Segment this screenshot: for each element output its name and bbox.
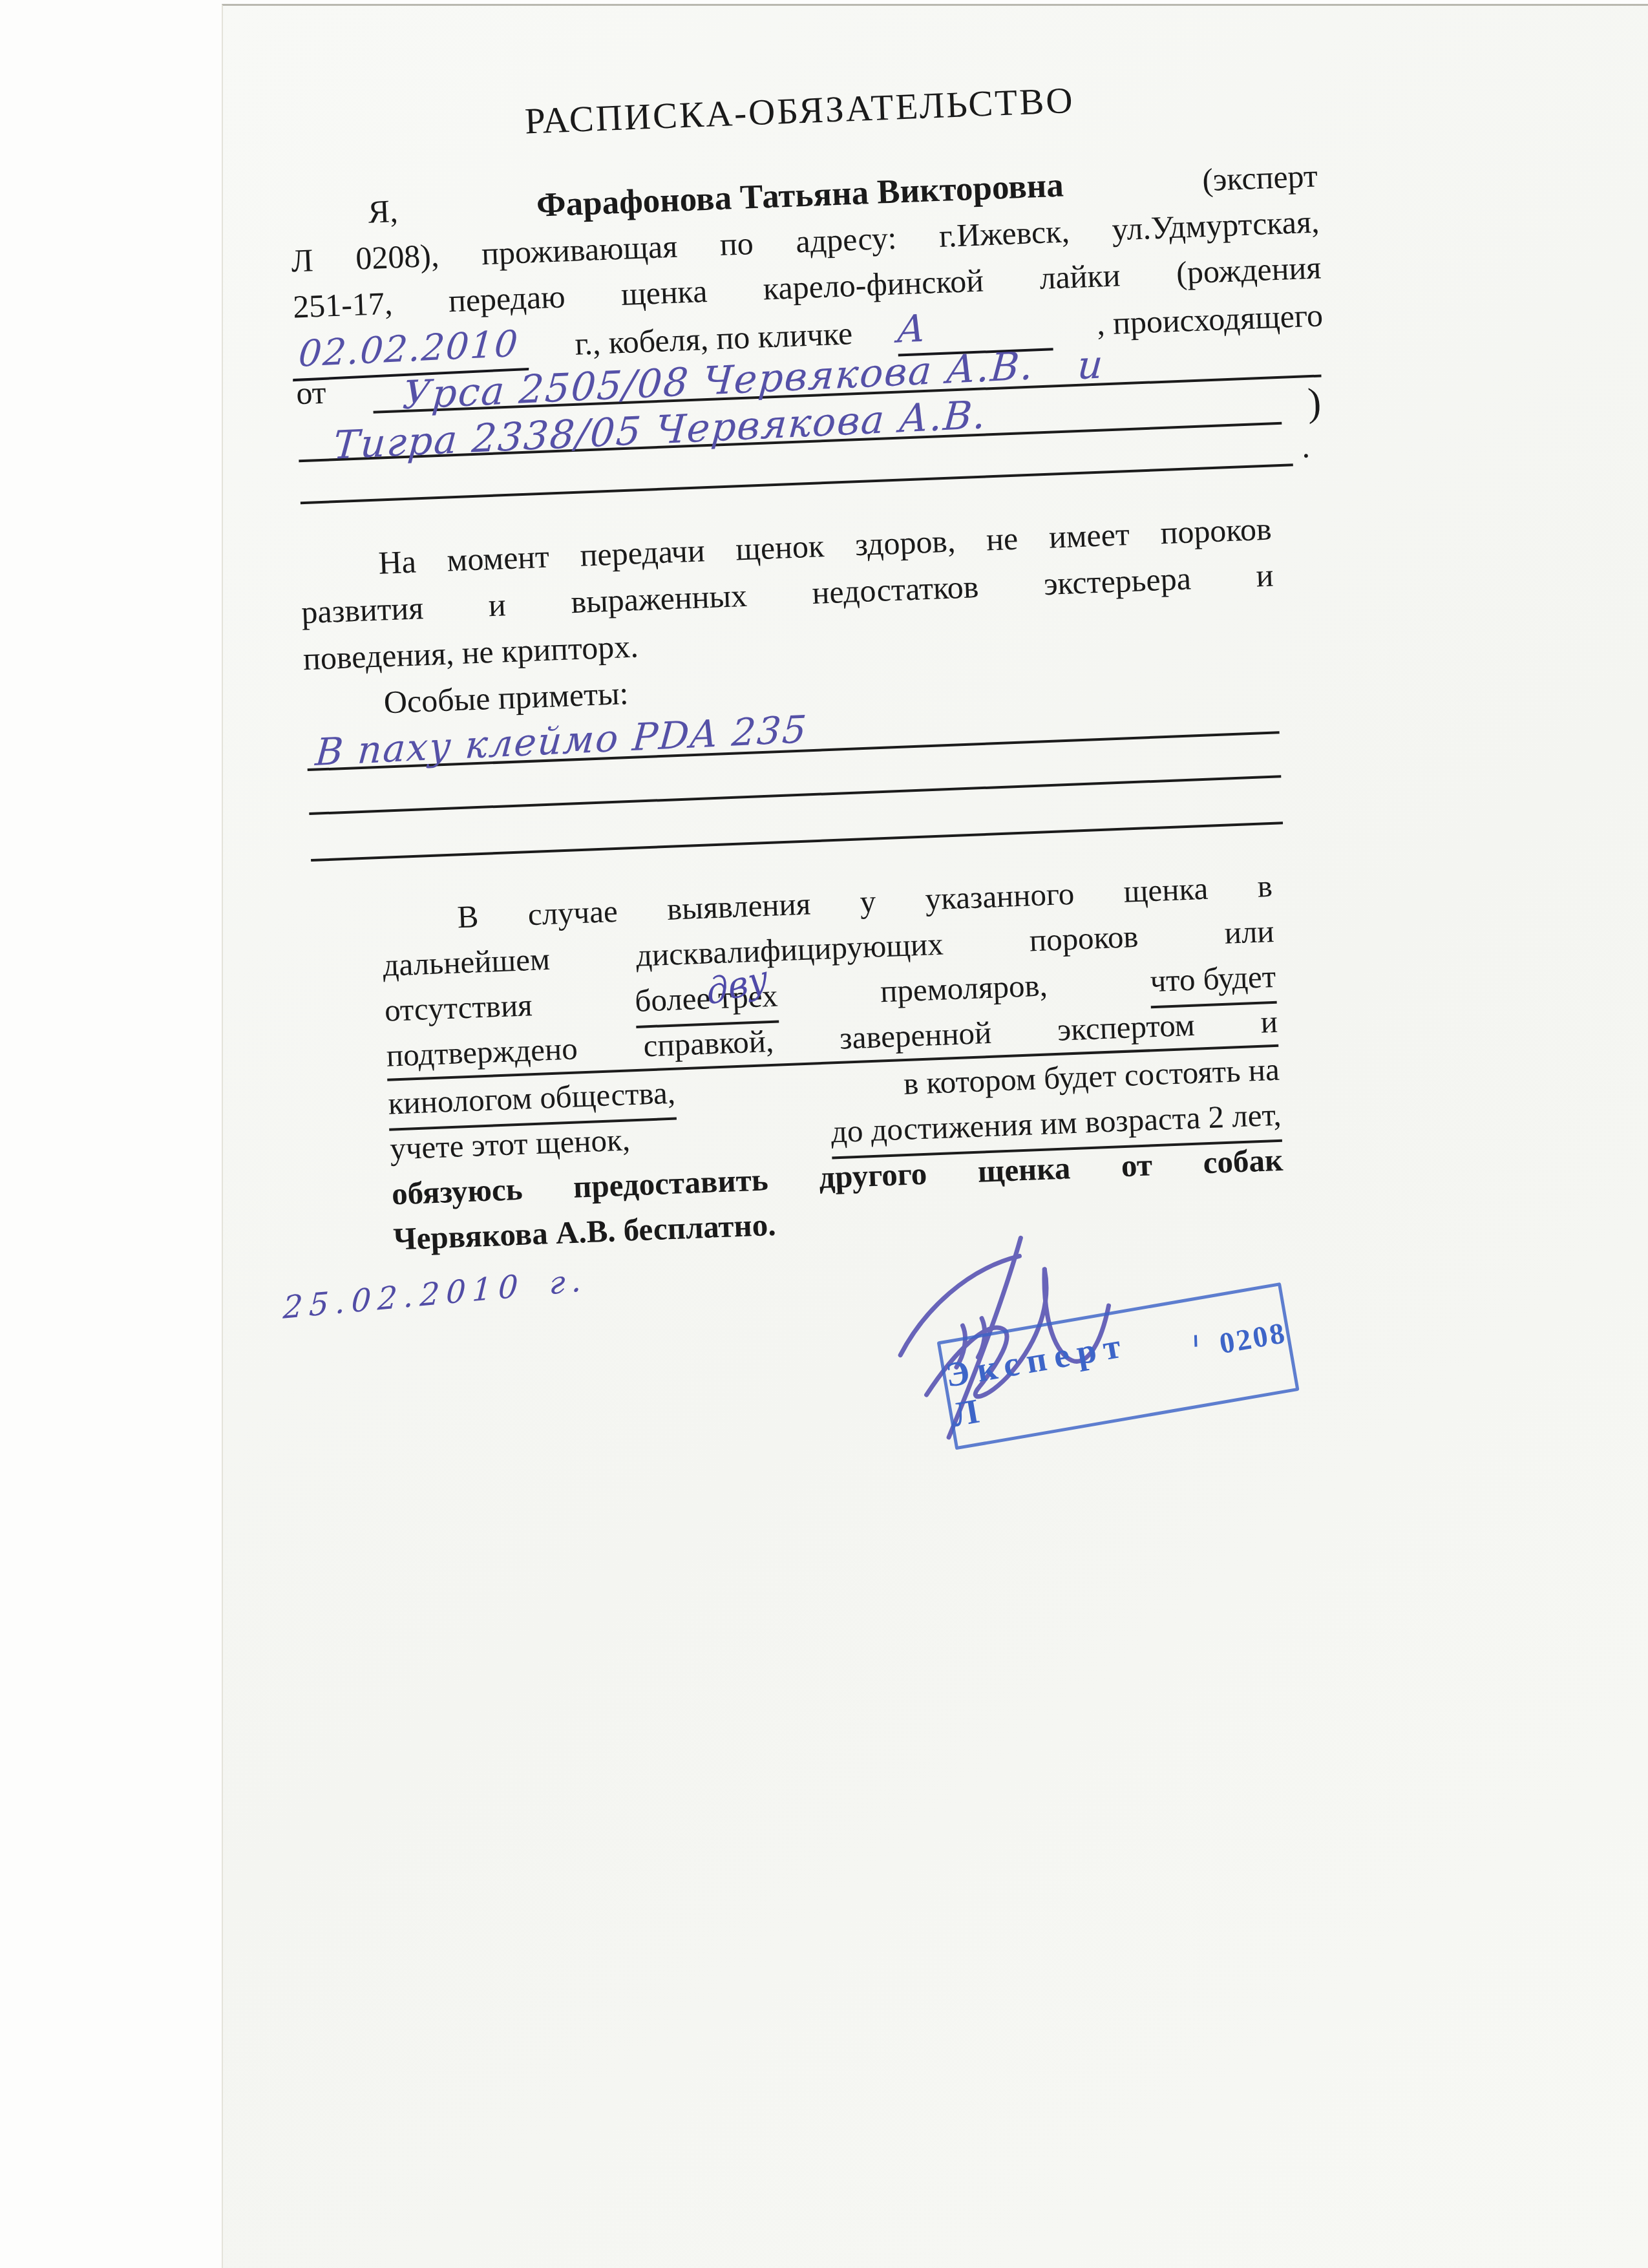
document-content: РАСПИСКА-ОБЯЗАТЕЛЬСТВО Я, Фарафонова Тат…: [278, 0, 1463, 2266]
handwritten-dog-name: А: [895, 306, 928, 353]
paragraph-intro: Я, Фарафонова Татьяна Викторовна (экспер…: [288, 153, 1329, 513]
document-title: РАСПИСКА-ОБЯЗАТЕЛЬСТВО: [286, 70, 1314, 152]
paragraph-health: На момент передачи щенок здоров, не имее…: [299, 505, 1283, 868]
text-run: (эксперт: [1201, 153, 1318, 203]
handwritten-and: и: [1076, 345, 1105, 385]
text-run: премоляров,: [880, 962, 1048, 1014]
closing-paren: ): [1307, 380, 1322, 427]
scanned-page: РАСПИСКА-ОБЯЗАТЕЛЬСТВО Я, Фарафонова Тат…: [0, 0, 1648, 2268]
text-run: Я,: [367, 188, 399, 235]
blank-rule: [301, 463, 1293, 504]
stamp-number: 0208: [1217, 1315, 1289, 1361]
text-run: отсутствия: [384, 982, 533, 1033]
stamp-title: Эксперт Л: [942, 1317, 1181, 1434]
stamp-tick-mark: [1194, 1335, 1197, 1347]
paragraph-obligation: В случае выявления у указанного щенка в …: [380, 864, 1285, 1262]
handwritten-signing-date: 25.02.2010 г.: [282, 1262, 589, 1326]
blank-rule: [311, 821, 1283, 862]
period: .: [1301, 423, 1311, 469]
text-run: от: [295, 370, 327, 417]
